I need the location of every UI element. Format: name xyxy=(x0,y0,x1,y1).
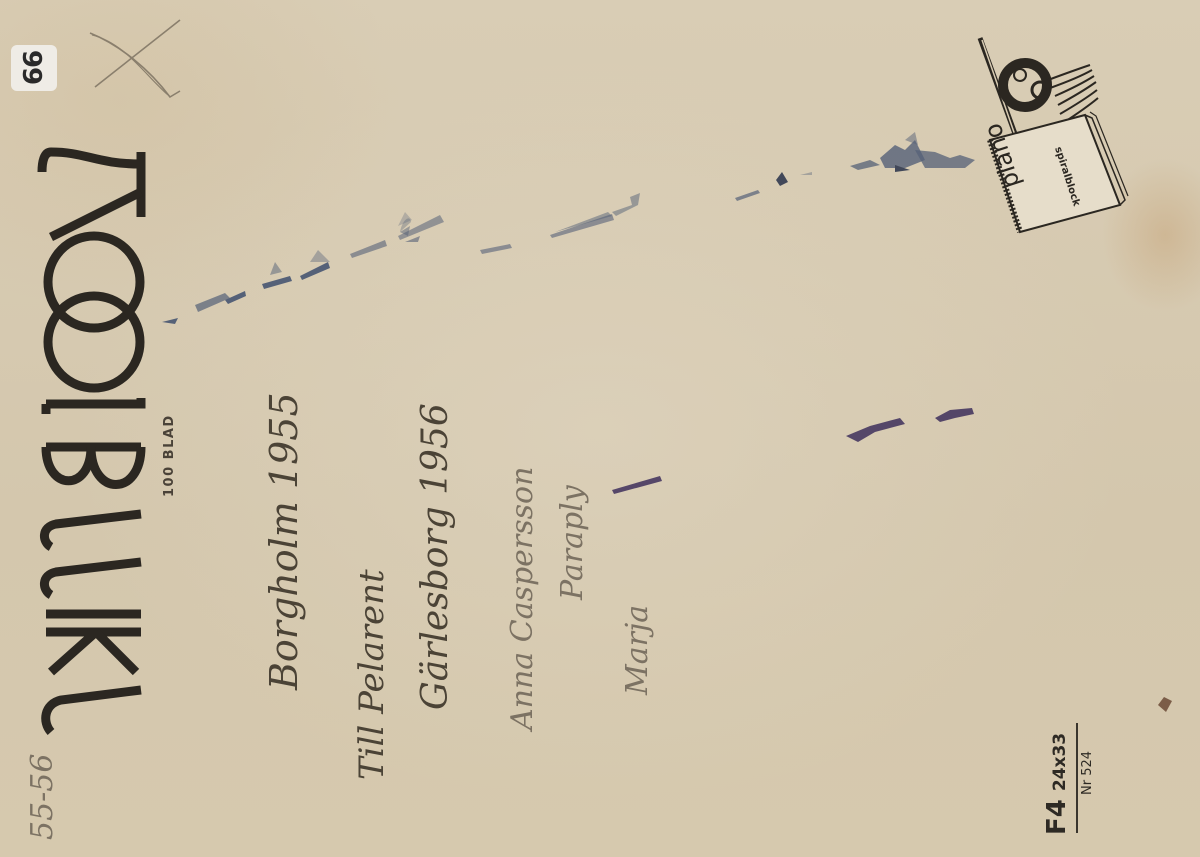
format-dimensions: 24x33 xyxy=(1050,733,1070,791)
plano-spiralblock-emblem: plano spiralblock xyxy=(960,30,1130,240)
product-number: Nr 524 xyxy=(1080,751,1095,795)
format-code: F4 xyxy=(1042,799,1072,835)
spec-divider xyxy=(1076,723,1078,833)
format-spec: F424x33 Nr 524 xyxy=(1042,733,1072,835)
